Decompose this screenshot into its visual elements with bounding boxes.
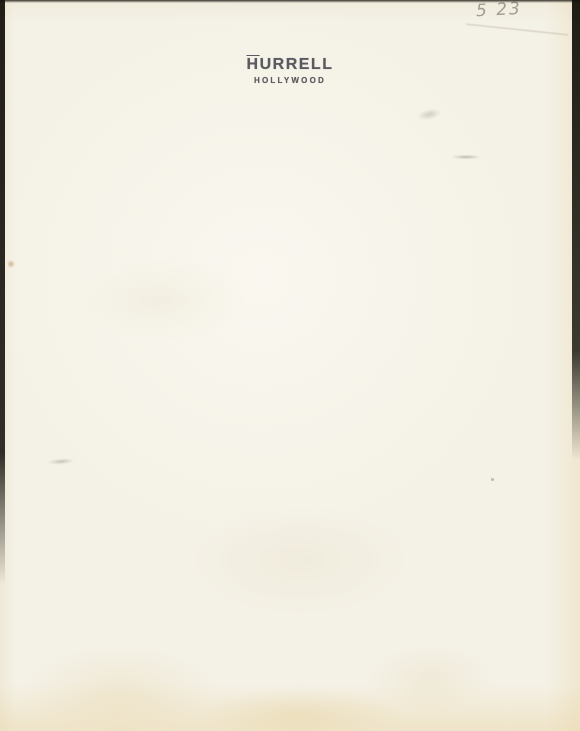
- smudge-mark: [450, 154, 490, 160]
- scan-edge-top: [0, 0, 580, 3]
- stain-spot: [7, 260, 15, 268]
- stamp-name-text: HURRELL: [0, 57, 580, 73]
- scan-edge-right: [572, 0, 580, 731]
- handwritten-number: 5 23: [476, 0, 523, 21]
- photo-paper-back: HURRELL HOLLYWOOD 5 23: [0, 0, 580, 731]
- stamp-city-text: HOLLYWOOD: [0, 77, 580, 85]
- scan-edge-left: [0, 0, 5, 731]
- scanned-photo-verso: { "stamp": { "name": "HURRELL", "city": …: [0, 0, 580, 731]
- photographer-stamp: HURRELL HOLLYWOOD: [0, 57, 580, 85]
- speck-mark: [491, 478, 494, 481]
- paper-texture: [0, 0, 580, 731]
